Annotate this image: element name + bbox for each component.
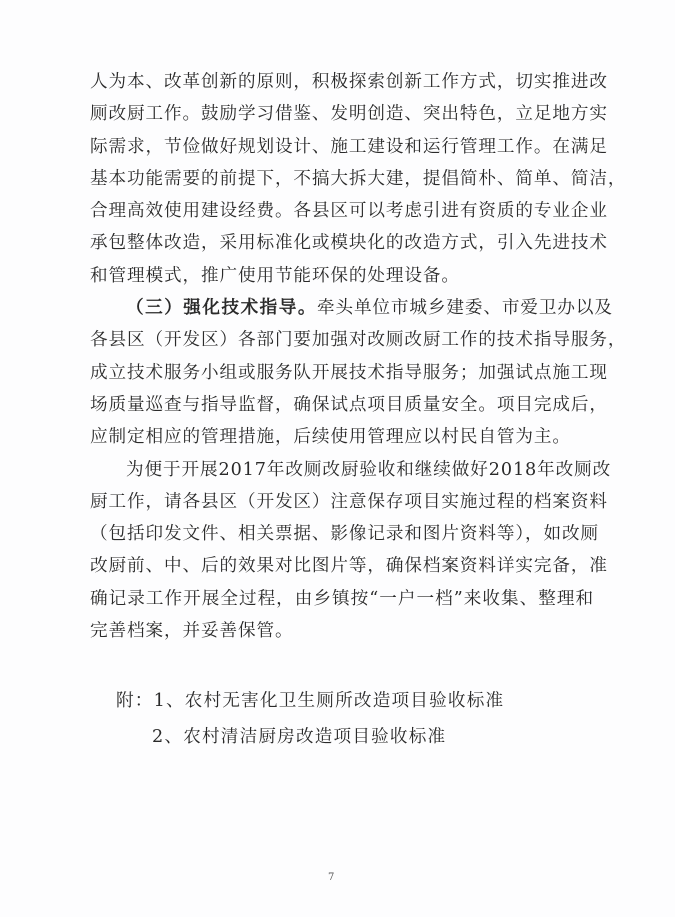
paragraph-principles: 人为本、改革创新的原则，积极探索创新工作方式，切实推进改 厕改厨工作。鼓励学习借… xyxy=(90,66,594,292)
document-body: 人为本、改革创新的原则，积极探索创新工作方式，切实推进改 厕改厨工作。鼓励学习借… xyxy=(90,66,594,647)
text-line: 场质量巡查与指导监督，确保试点项目质量安全。项目完成后， xyxy=(90,389,594,421)
text-line: 厨工作，请各县区（开发区）注意保存项目实施过程的档案资料 xyxy=(90,486,594,518)
section-heading: （三）强化技术指导。 xyxy=(126,298,317,318)
annex-label: 附： xyxy=(116,691,154,711)
text-line: 各县区（开发区）各部门要加强对改厕改厨工作的技术指导服务， xyxy=(90,324,594,356)
text-line: 承包整体改造，采用标准化或模块化的改造方式，引入先进技术 xyxy=(90,227,594,259)
text-line: 合理高效使用建设经费。各县区可以考虑引进有资质的专业企业 xyxy=(90,195,594,227)
text-line: （包括印发文件、相关票据、影像记录和图片资料等），如改厕 xyxy=(90,518,594,550)
text-line: 改厨前、中、后的效果对比图片等，确保档案资料详实完备，准 xyxy=(90,550,594,582)
text-line: 应制定相应的管理措施，后续使用管理应以村民自管为主。 xyxy=(90,421,594,453)
annex-item: 2、农村清洁厨房改造项目验收标准 xyxy=(116,719,504,755)
text-line: 和管理模式，推广使用节能环保的处理设备。 xyxy=(90,260,594,292)
paragraph-technical-guidance: （三）强化技术指导。牵头单位市城乡建委、市爱卫办以及 各县区（开发区）各部门要加… xyxy=(90,292,594,453)
text-line: 完善档案，并妥善保管。 xyxy=(90,615,594,647)
text-line: 确记录工作开展全过程，由乡镇按“一户一档”来收集、整理和 xyxy=(90,583,594,615)
annex-item-text: 1、农村无害化卫生厕所改造项目验收标准 xyxy=(154,691,505,711)
text-line: 基本功能需要的前提下，不搞大拆大建，提倡简朴、简单、简洁， xyxy=(90,163,594,195)
annex-list: 附：1、农村无害化卫生厕所改造项目验收标准 2、农村清洁厨房改造项目验收标准 xyxy=(116,683,504,755)
annex-item-text: 2、农村清洁厨房改造项目验收标准 xyxy=(152,727,446,747)
page-number: 7 xyxy=(328,872,334,883)
text-line: 际需求，节俭做好规划设计、施工建设和运行管理工作。在满足 xyxy=(90,131,594,163)
document-page: 人为本、改革创新的原则，积极探索创新工作方式，切实推进改 厕改厨工作。鼓励学习借… xyxy=(0,0,675,917)
text-span: 牵头单位市城乡建委、市爱卫办以及 xyxy=(317,298,613,318)
text-line: 成立技术服务小组或服务队开展技术指导服务；加强试点施工现 xyxy=(90,357,594,389)
annex-item: 附：1、农村无害化卫生厕所改造项目验收标准 xyxy=(116,683,504,719)
text-line: （三）强化技术指导。牵头单位市城乡建委、市爱卫办以及 xyxy=(90,292,594,324)
text-line: 为便于开展2017年改厕改厨验收和继续做好2018年改厕改 xyxy=(90,454,594,486)
paragraph-archive: 为便于开展2017年改厕改厨验收和继续做好2018年改厕改 厨工作，请各县区（开… xyxy=(90,454,594,648)
text-line: 人为本、改革创新的原则，积极探索创新工作方式，切实推进改 xyxy=(90,66,594,98)
text-line: 厕改厨工作。鼓励学习借鉴、发明创造、突出特色，立足地方实 xyxy=(90,98,594,130)
